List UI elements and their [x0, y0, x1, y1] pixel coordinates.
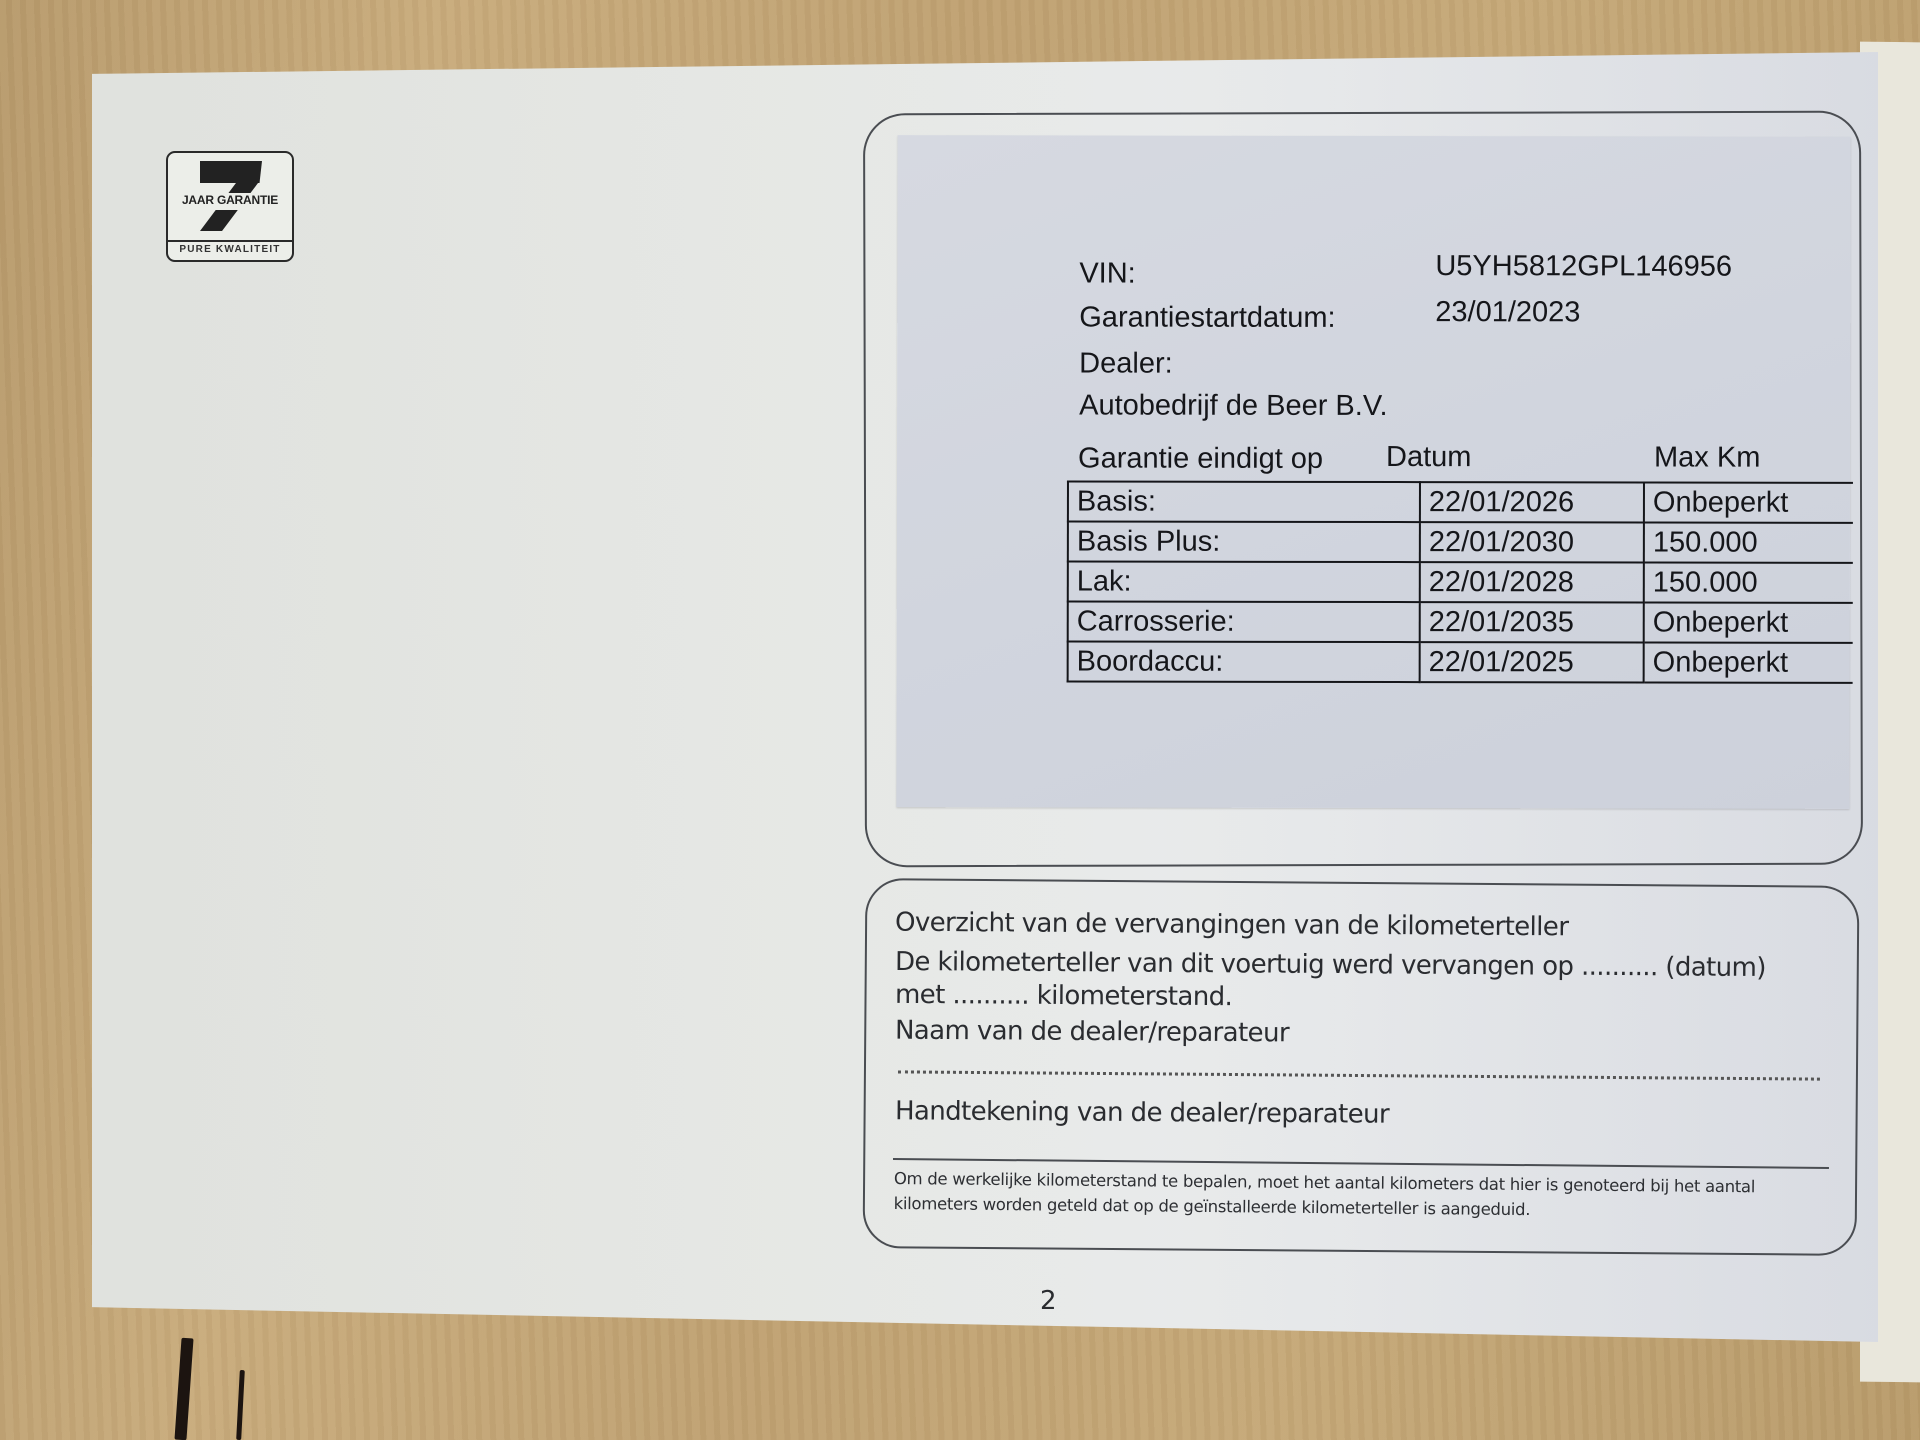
max-km: Onbeperkt	[1644, 642, 1853, 682]
end-date: 22/01/2028	[1420, 562, 1644, 602]
signature-label: Handtekening van de dealer/reparateur	[895, 1096, 1389, 1129]
warranty-table: Basis: 22/01/2026 Onbeperkt Basis Plus: …	[1067, 480, 1853, 683]
max-km: 150.000	[1644, 562, 1853, 602]
logo-divider	[168, 240, 292, 242]
dealer-value: Autobedrijf de Beer B.V.	[1079, 389, 1388, 423]
dealer-name-label: Naam van de dealer/reparateur	[895, 1016, 1289, 1049]
odometer-replaced-line: De kilometerteller van dit voertuig werd…	[895, 947, 1766, 983]
table-header-date: Datum	[1386, 441, 1471, 474]
coverage-type: Boordaccu:	[1068, 641, 1420, 682]
end-date: 22/01/2025	[1420, 642, 1644, 682]
coverage-type: Lak:	[1068, 561, 1420, 602]
page-number: 2	[1040, 1286, 1057, 1316]
table-header-type: Garantie eindigt op	[1078, 442, 1323, 475]
coverage-type: Carrosserie:	[1068, 601, 1420, 642]
seven-icon	[200, 161, 262, 183]
max-km: Onbeperkt	[1644, 482, 1853, 522]
end-date: 22/01/2030	[1420, 522, 1644, 562]
logo-subtitle: PURE KWALITEIT	[168, 244, 292, 255]
seven-year-warranty-logo: JAAR GARANTIE PURE KWALITEIT	[166, 151, 294, 262]
warranty-start-label: Garantiestartdatum:	[1079, 301, 1335, 334]
odometer-note: Om de werkelijke kilometerstand te bepal…	[894, 1166, 1824, 1225]
odometer-mileage-line: met .......... kilometerstand.	[895, 980, 1232, 1012]
dealer-label: Dealer:	[1079, 347, 1173, 380]
table-row: Basis: 22/01/2026 Onbeperkt	[1068, 481, 1853, 522]
warranty-sticker: VIN: U5YH5812GPL146956 Garantiestartdatu…	[896, 135, 1850, 809]
vin-label: VIN:	[1079, 257, 1135, 290]
logo-title: JAAR GARANTIE	[168, 193, 292, 207]
coverage-type: Basis Plus:	[1068, 521, 1420, 562]
table-header-max-km: Max Km	[1654, 441, 1760, 474]
max-km: 150.000	[1644, 522, 1853, 562]
table-row: Carrosserie: 22/01/2035 Onbeperkt	[1068, 601, 1853, 642]
table-row: Boordaccu: 22/01/2025 Onbeperkt	[1068, 641, 1853, 682]
table-row: Lak: 22/01/2028 150.000	[1068, 561, 1853, 602]
end-date: 22/01/2026	[1420, 482, 1644, 522]
max-km: Onbeperkt	[1644, 602, 1853, 642]
odometer-section-title: Overzicht van de vervangingen van de kil…	[895, 908, 1569, 943]
coverage-type: Basis:	[1068, 481, 1420, 522]
vin-value: U5YH5812GPL146956	[1435, 250, 1732, 284]
end-date: 22/01/2035	[1420, 602, 1644, 642]
table-row: Basis Plus: 22/01/2030 150.000	[1068, 521, 1853, 562]
warranty-start-value: 23/01/2023	[1435, 296, 1580, 329]
